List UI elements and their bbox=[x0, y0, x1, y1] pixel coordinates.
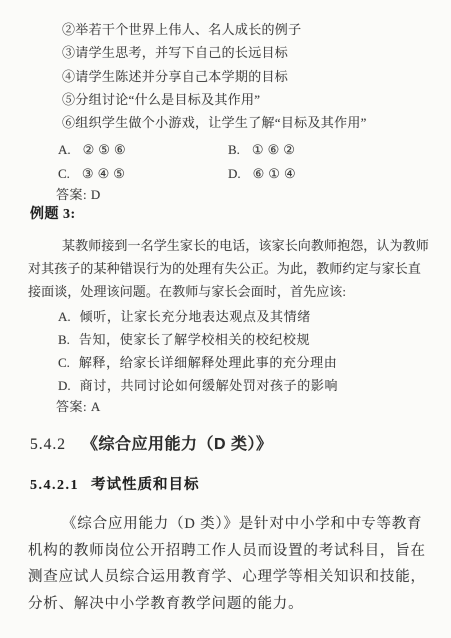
option-b-label: B. bbox=[228, 142, 240, 157]
answer-example2: 答案: D bbox=[56, 187, 101, 203]
example3-heading: 例题 3: bbox=[30, 206, 76, 224]
option-d-label: D. bbox=[58, 378, 71, 393]
option-d-value: ⑥①④ bbox=[253, 166, 300, 181]
option-b-label: B. bbox=[58, 332, 70, 347]
option-d-row: D.商讨，共同讨论如何缓解处罚对孩子的影响 bbox=[58, 376, 338, 396]
step-line-2: ②举若干个世界上伟人、名人成长的例子 bbox=[62, 22, 301, 38]
option-a: A.②⑤⑥ bbox=[58, 140, 130, 160]
intro-line-4: 分析、解决中小学教育教学问题的能力。 bbox=[28, 595, 303, 613]
subsection-title: 考试性质和目标 bbox=[91, 477, 200, 493]
option-b-text: 告知，使家长了解学校相关的校纪校规 bbox=[79, 332, 310, 347]
option-c-label: C. bbox=[58, 355, 70, 370]
option-a-label: A. bbox=[58, 142, 71, 157]
option-a-label: A. bbox=[58, 309, 71, 324]
option-c: C.③④⑤ bbox=[58, 164, 129, 184]
option-a-value: ②⑤⑥ bbox=[83, 142, 130, 157]
subsection-number: 5.4.2.1 bbox=[30, 478, 79, 493]
option-c-value: ③④⑤ bbox=[82, 166, 129, 181]
step-line-4: ④请学生陈述并分享自己本学期的目标 bbox=[62, 69, 288, 85]
stem-line-3: 接面谈，处理该问题。在教师与家长会面时，首先应该: bbox=[28, 284, 346, 300]
stem-line-2: 对其孩子的某种错误行为的处理有失公正。为此，教师约定与家长直 bbox=[28, 261, 421, 277]
option-b-value: ①⑥② bbox=[252, 142, 299, 157]
answer-example3: 答案: A bbox=[56, 399, 101, 415]
step-line-6: ⑥组织学生做个小游戏，让学生了解“目标及其作用” bbox=[62, 115, 367, 131]
section-title: 《综合应用能力（D 类）》 bbox=[82, 436, 273, 453]
option-c-row: C.解释，给家长详细解释处理此事的充分理由 bbox=[58, 353, 337, 373]
option-a-text: 倾听，让家长充分地表达观点及其情绪 bbox=[80, 309, 311, 324]
section-heading-5421: 5.4.2.1考试性质和目标 bbox=[30, 475, 200, 495]
section-number: 5.4.2 bbox=[30, 436, 66, 453]
option-b: B.①⑥② bbox=[228, 140, 299, 160]
stem-line-1: 某教师接到一名学生家长的电话，该家长向教师抱怨，认为教师 bbox=[62, 238, 429, 254]
intro-line-3: 测查应试人员综合运用教育学、心理学等相关知识和技能， bbox=[28, 568, 426, 586]
option-d-label: D. bbox=[228, 166, 241, 181]
option-d: D.⑥①④ bbox=[228, 164, 300, 184]
option-d-text: 商讨，共同讨论如何缓解处罚对孩子的影响 bbox=[80, 378, 338, 393]
step-line-3: ③请学生思考，并写下自己的长远目标 bbox=[62, 45, 288, 61]
intro-line-1: 《综合应用能力（D 类）》是针对中小学和中专等教育 bbox=[62, 515, 422, 533]
option-b-row: B.告知，使家长了解学校相关的校纪校规 bbox=[58, 330, 310, 350]
option-c-text: 解释，给家长详细解释处理此事的充分理由 bbox=[79, 355, 337, 370]
document-page: ②举若干个世界上伟人、名人成长的例子 ③请学生思考，并写下自己的长远目标 ④请学… bbox=[0, 0, 451, 638]
option-a-row: A.倾听，让家长充分地表达观点及其情绪 bbox=[58, 307, 311, 327]
option-c-label: C. bbox=[58, 166, 70, 181]
step-line-5: ⑤分组讨论“什么是目标及其作用” bbox=[62, 92, 260, 108]
section-heading-542: 5.4.2《综合应用能力（D 类）》 bbox=[30, 435, 273, 455]
intro-line-2: 机构的教师岗位公开招聘工作人员而设置的考试科目，旨在 bbox=[28, 542, 426, 560]
